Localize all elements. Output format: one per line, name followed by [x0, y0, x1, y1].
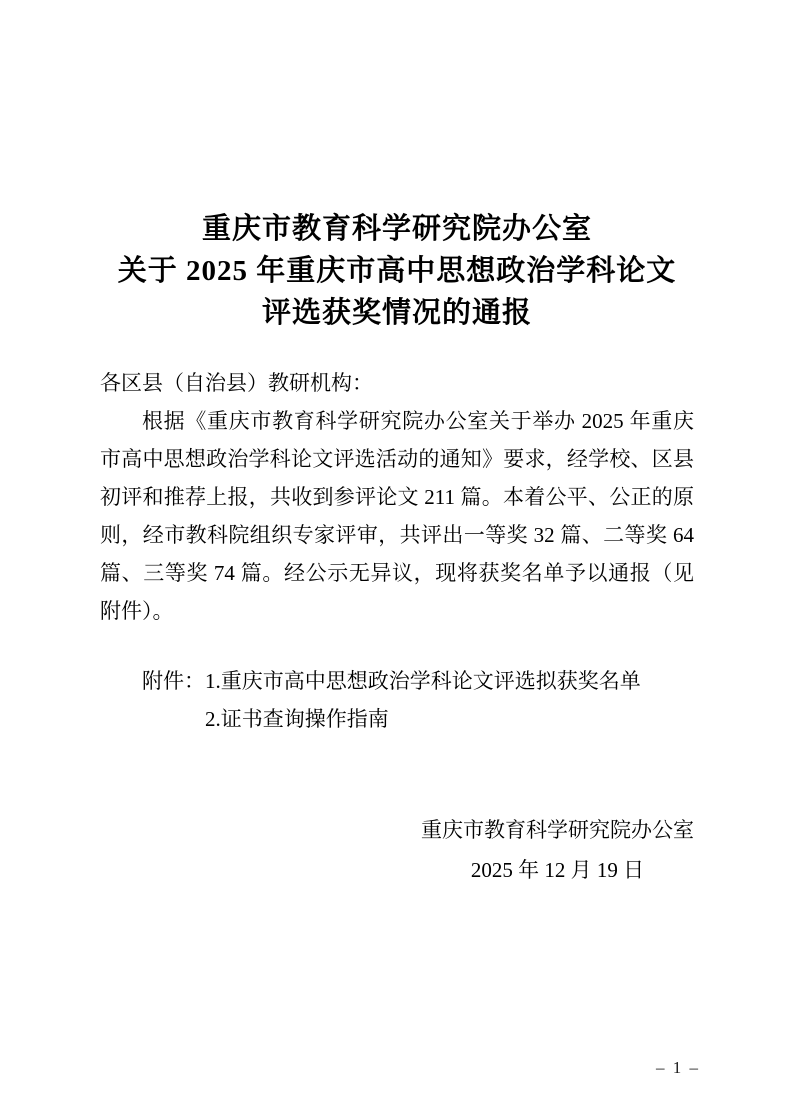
signature-block: 重庆市教育科学研究院办公室 2025 年 12 月 19 日 [100, 810, 694, 890]
document-content: 重庆市教育科学研究院办公室 关于 2025 年重庆市高中思想政治学科论文 评选获… [100, 0, 694, 890]
document-title-line-2: 关于 2025 年重庆市高中思想政治学科论文 [100, 250, 694, 292]
signature-date: 2025 年 12 月 19 日 [421, 850, 694, 890]
attachment-item: 1.重庆市高中思想政治学科论文评选拟获奖名单 [205, 662, 641, 700]
page-number: – 1 – [656, 1058, 700, 1078]
document-title: 重庆市教育科学研究院办公室 关于 2025 年重庆市高中思想政治学科论文 评选获… [100, 208, 694, 334]
signature-org: 重庆市教育科学研究院办公室 [421, 810, 694, 850]
attachments-block: 附件： 1.重庆市高中思想政治学科论文评选拟获奖名单 2.证书查询操作指南 [100, 662, 694, 738]
document-title-line-1: 重庆市教育科学研究院办公室 [100, 208, 694, 250]
body-paragraph: 根据《重庆市教育科学研究院办公室关于举办 2025 年重庆市高中思想政治学科论文… [100, 402, 694, 630]
signature-inner: 重庆市教育科学研究院办公室 2025 年 12 月 19 日 [421, 810, 694, 890]
document-page: 重庆市教育科学研究院办公室 关于 2025 年重庆市高中思想政治学科论文 评选获… [0, 0, 794, 1108]
attachment-item: 2.证书查询操作指南 [205, 700, 641, 738]
attachments-list: 1.重庆市高中思想政治学科论文评选拟获奖名单 2.证书查询操作指南 [205, 662, 641, 738]
salutation: 各区县（自治县）教研机构： [100, 364, 694, 402]
document-title-line-3: 评选获奖情况的通报 [100, 292, 694, 334]
attachments-label: 附件： [142, 662, 205, 700]
